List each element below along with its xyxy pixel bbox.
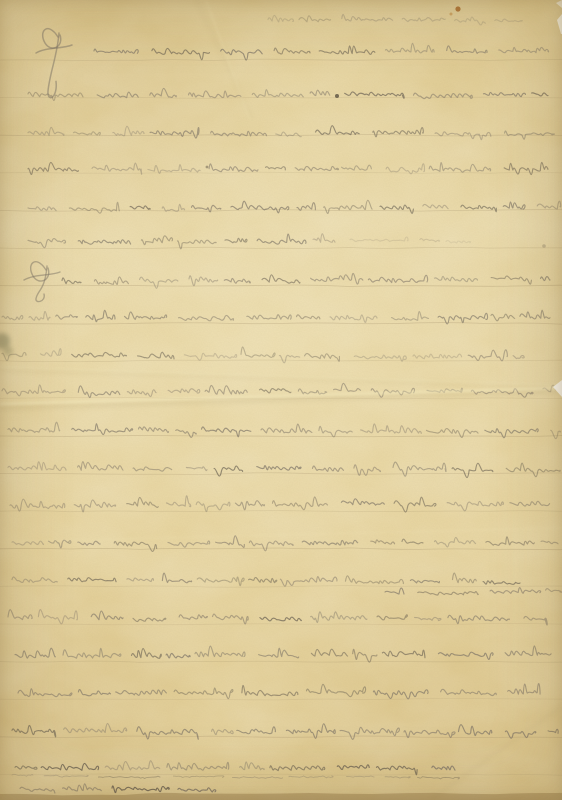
speck bbox=[455, 6, 460, 11]
letter-artwork bbox=[0, 0, 562, 800]
speck bbox=[206, 166, 209, 169]
speck bbox=[542, 244, 546, 248]
speck bbox=[335, 94, 339, 98]
scanned-letter-page bbox=[0, 0, 562, 800]
speck bbox=[450, 13, 453, 16]
speck bbox=[3, 346, 13, 356]
